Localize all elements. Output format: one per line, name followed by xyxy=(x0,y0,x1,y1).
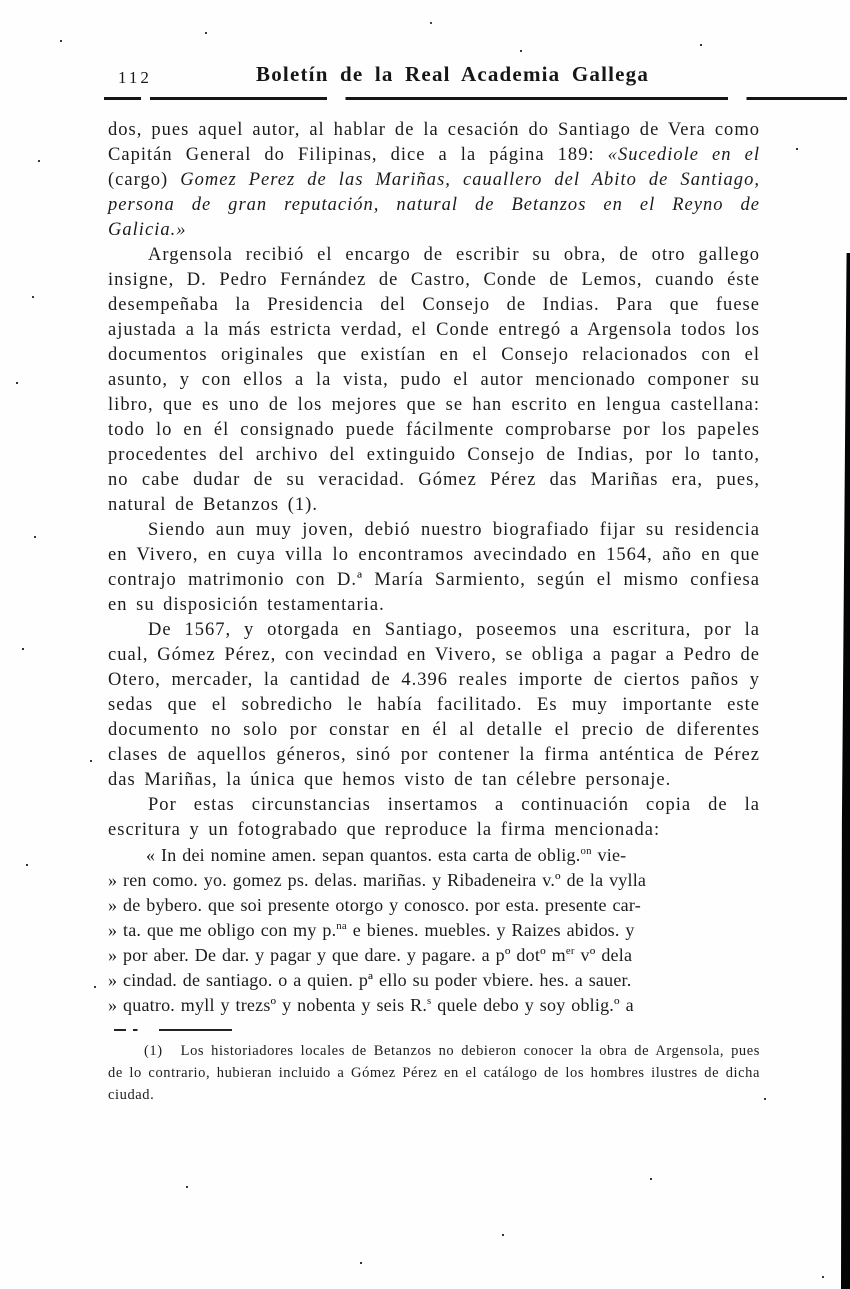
paragraph: Siendo aun muy joven, debió nuestro biog… xyxy=(108,518,760,618)
quote-line: » por aber. De dar. y pagar y que dare. … xyxy=(108,943,760,968)
superscript: na xyxy=(336,920,347,932)
italic-segment: «Sucediole en el xyxy=(608,145,760,165)
text-segment: De 1567, y otorgada en Santiago, poseemo… xyxy=(108,620,760,790)
footnote: (1)Los historiadores locales de Betanzos… xyxy=(108,1040,760,1106)
quote-line: » quatro. myll y trezsº y nobenta y seis… xyxy=(108,993,760,1018)
quote-line: » cindad. de santiago. o a quien. pª ell… xyxy=(108,968,760,993)
body-column: dos, pues aquel autor, al hablar de la c… xyxy=(108,118,760,1106)
footnote-text: Los historiadores locales de Betanzos no… xyxy=(108,1043,760,1103)
text-segment: » cindad. de santiago. o a quien. pª ell… xyxy=(108,970,632,990)
text-segment: » quatro. myll y trezsº y nobenta y seis… xyxy=(108,995,427,1015)
paragraph: Por estas circunstancias insertamos a co… xyxy=(108,793,760,843)
page-number: 112 xyxy=(118,68,152,88)
paragraph: Argensola recibió el encargo de escribir… xyxy=(108,243,760,518)
paragraph: dos, pues aquel autor, al hablar de la c… xyxy=(108,118,760,243)
superscript: er xyxy=(566,945,575,957)
text-segment: Por estas circunstancias insertamos a co… xyxy=(108,795,760,840)
text-segment: Argensola recibió el encargo de escribir… xyxy=(108,245,760,515)
text-segment: quele debo y soy oblig.º a xyxy=(431,995,633,1015)
text-segment: (cargo) xyxy=(108,170,168,190)
text-segment: » de bybero. que soi presente otorgo y c… xyxy=(108,895,641,915)
journal-title: Boletín de la Real Academia Gallega xyxy=(256,62,649,87)
text-segment: » ta. que me obligo con my p. xyxy=(108,920,336,940)
italic-segment: Gomez Perez de las Mariñas, cauallero de… xyxy=(108,170,760,240)
text-blocks: dos, pues aquel autor, al hablar de la c… xyxy=(108,118,760,1018)
text-segment: » ren como. yo. gomez ps. delas. mariñas… xyxy=(108,870,646,890)
superscript: on xyxy=(580,845,591,857)
quote-line: » ren como. yo. gomez ps. delas. mariñas… xyxy=(108,868,760,893)
text-segment: e bienes. muebles. y Raizes abidos. y xyxy=(347,920,635,940)
text-segment: Siendo aun muy joven, debió nuestro biog… xyxy=(108,520,760,615)
text-segment: » por aber. De dar. y pagar y que dare. … xyxy=(108,945,566,965)
quote-line: » de bybero. que soi presente otorgo y c… xyxy=(108,893,760,918)
scan-noise xyxy=(0,0,2,2)
scanned-page: 112 Boletín de la Real Academia Gallega … xyxy=(0,0,850,1289)
header-rule xyxy=(104,97,847,100)
text-segment: vie- xyxy=(592,845,627,865)
paragraph: De 1567, y otorgada en Santiago, poseemo… xyxy=(108,618,760,793)
scan-edge-artifact xyxy=(841,253,850,1289)
quote-line: » ta. que me obligo con my p.na e bienes… xyxy=(108,918,760,943)
footnote-marker: (1) xyxy=(144,1043,163,1059)
quote-line: « In dei nomine amen. sepan quantos. est… xyxy=(108,843,760,868)
text-segment: « In dei nomine amen. sepan quantos. est… xyxy=(146,845,580,865)
text-segment: vº dela xyxy=(575,945,632,965)
footnote-rule xyxy=(114,1029,232,1031)
